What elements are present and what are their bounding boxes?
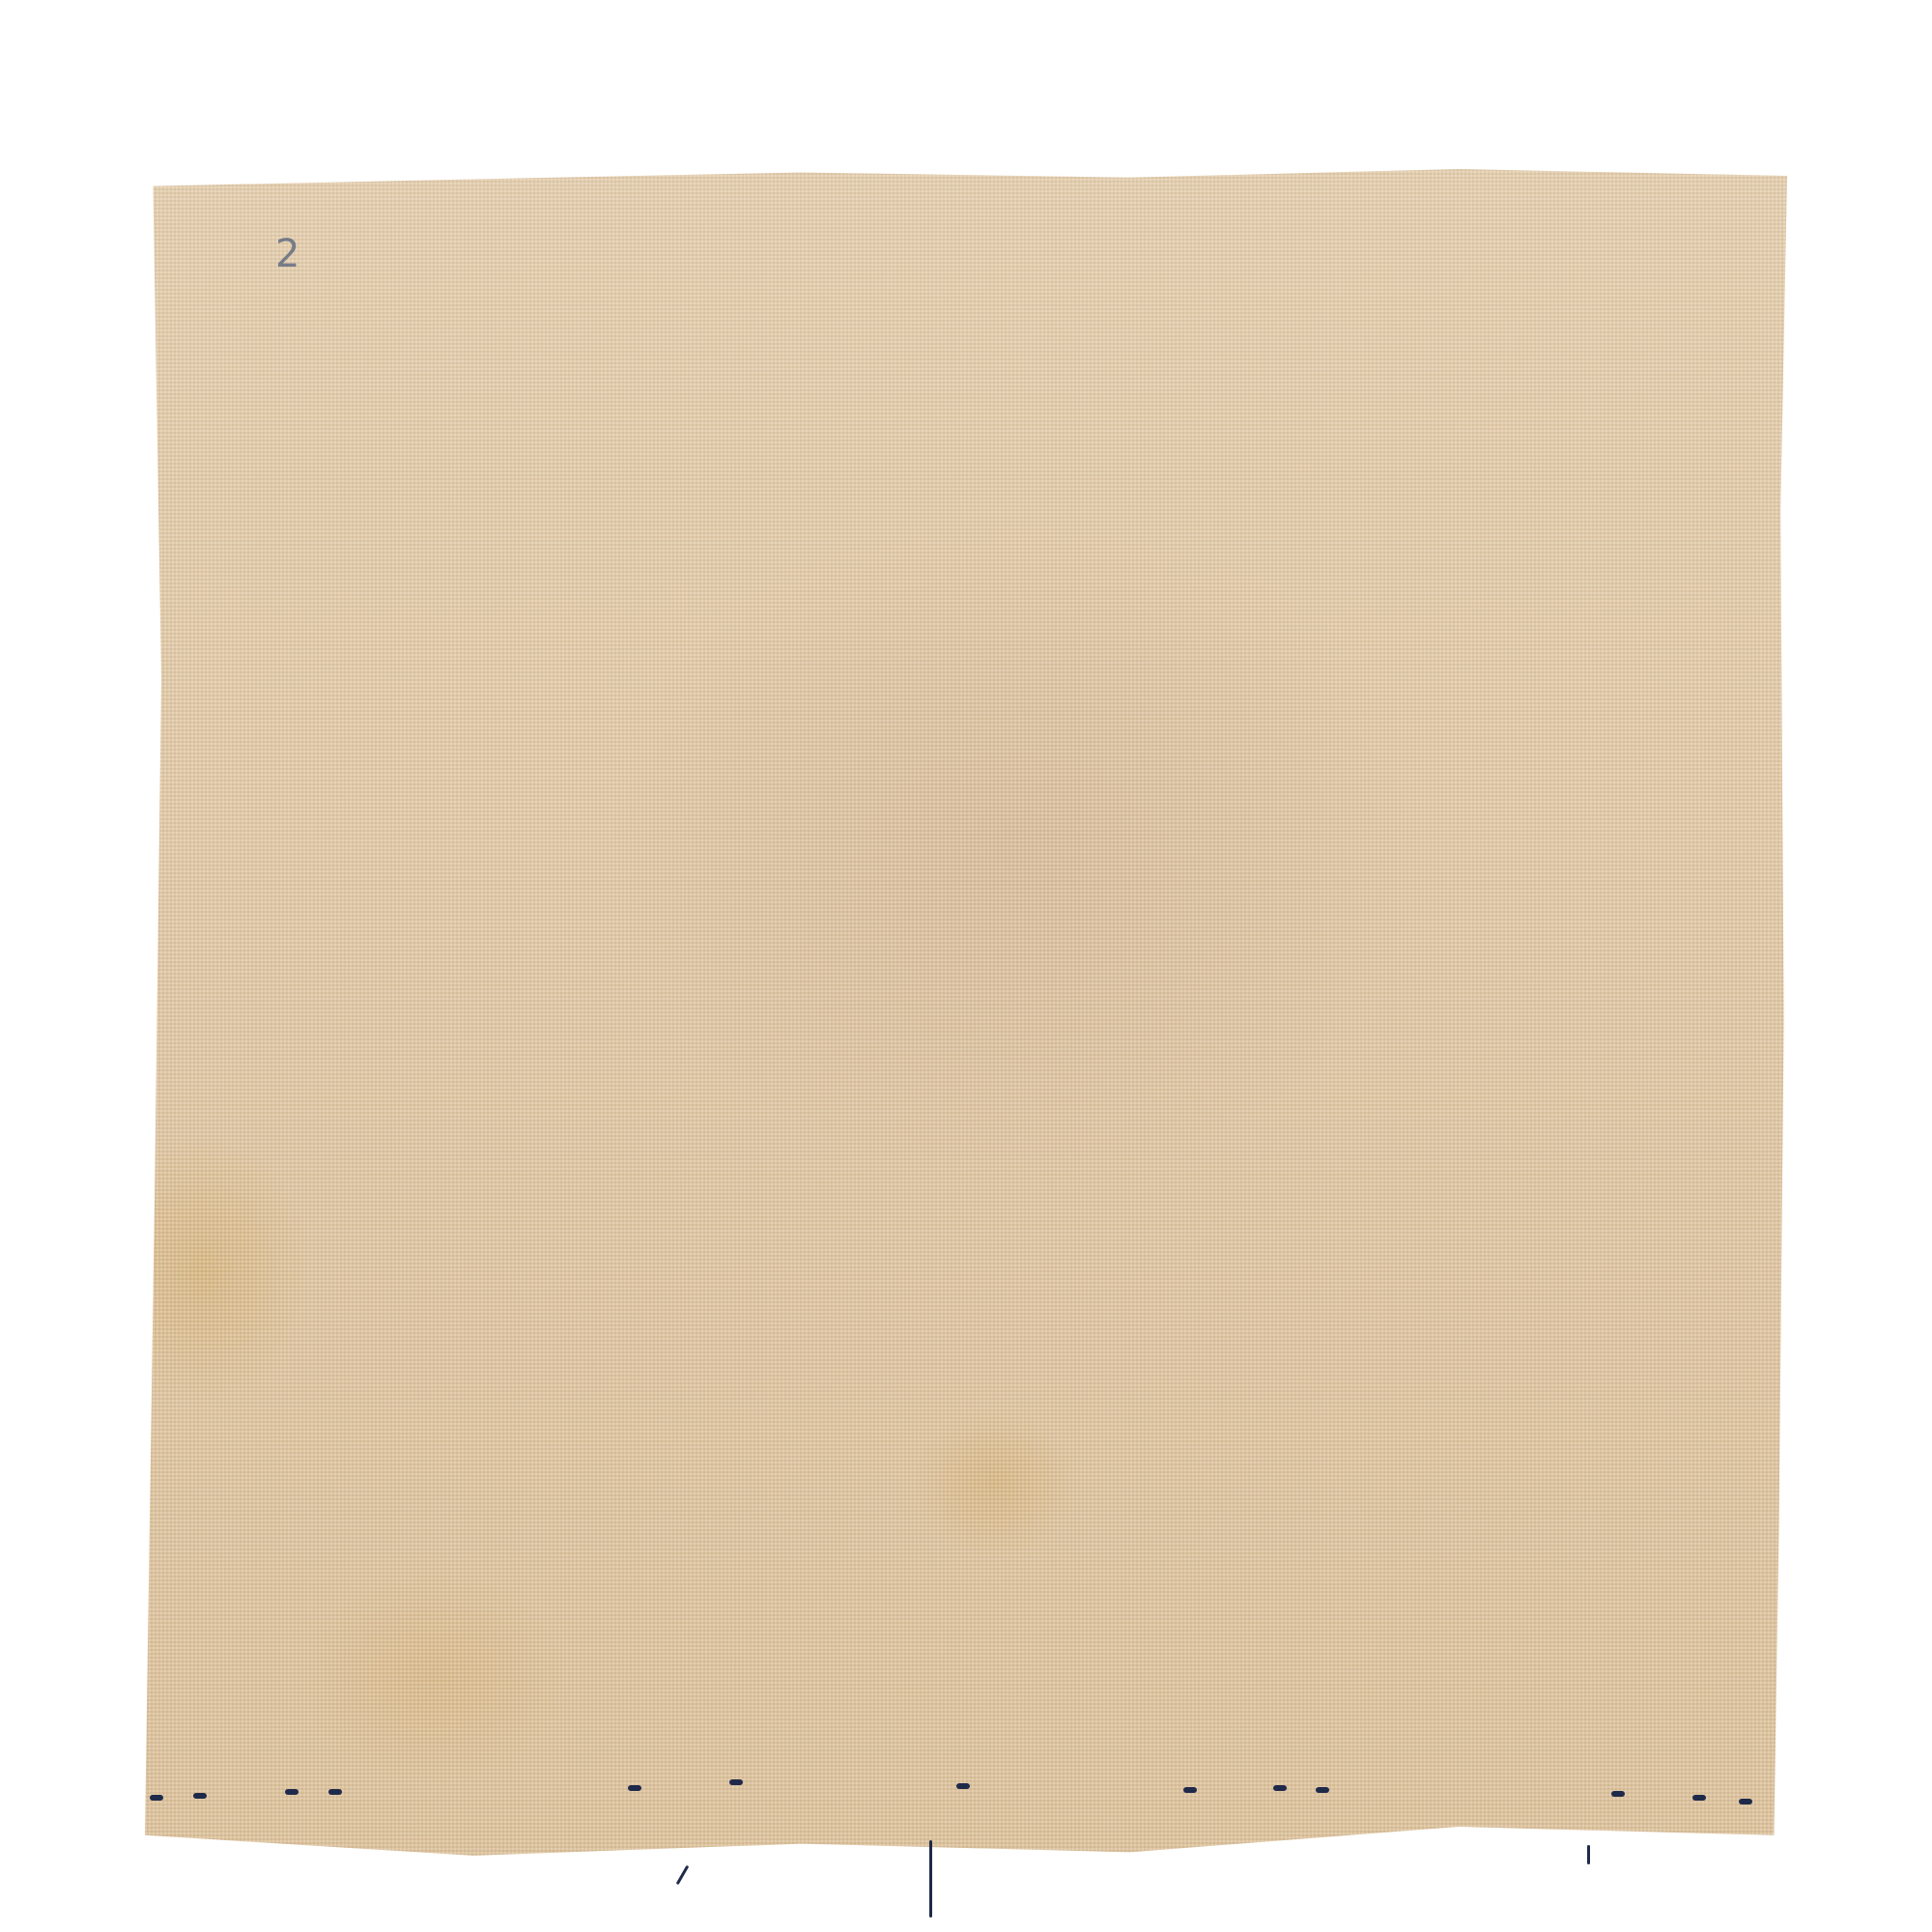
stitch — [729, 1779, 743, 1785]
loose-thread — [676, 1865, 690, 1886]
loose-thread — [929, 1840, 932, 1918]
stitch — [1611, 1791, 1625, 1797]
loose-thread — [1587, 1845, 1590, 1864]
stitch — [285, 1789, 298, 1795]
fabric-swatch — [145, 169, 1787, 1869]
stitch — [150, 1795, 163, 1801]
stitch — [1273, 1785, 1287, 1791]
ink-mark: 2 — [275, 232, 299, 276]
stitch — [193, 1793, 207, 1799]
stitch — [956, 1783, 970, 1789]
stitch — [628, 1785, 641, 1791]
stitch — [1316, 1787, 1329, 1793]
stitch — [328, 1789, 342, 1795]
stitch — [1183, 1787, 1197, 1793]
stitch — [1739, 1799, 1752, 1804]
stitch — [1692, 1795, 1706, 1801]
